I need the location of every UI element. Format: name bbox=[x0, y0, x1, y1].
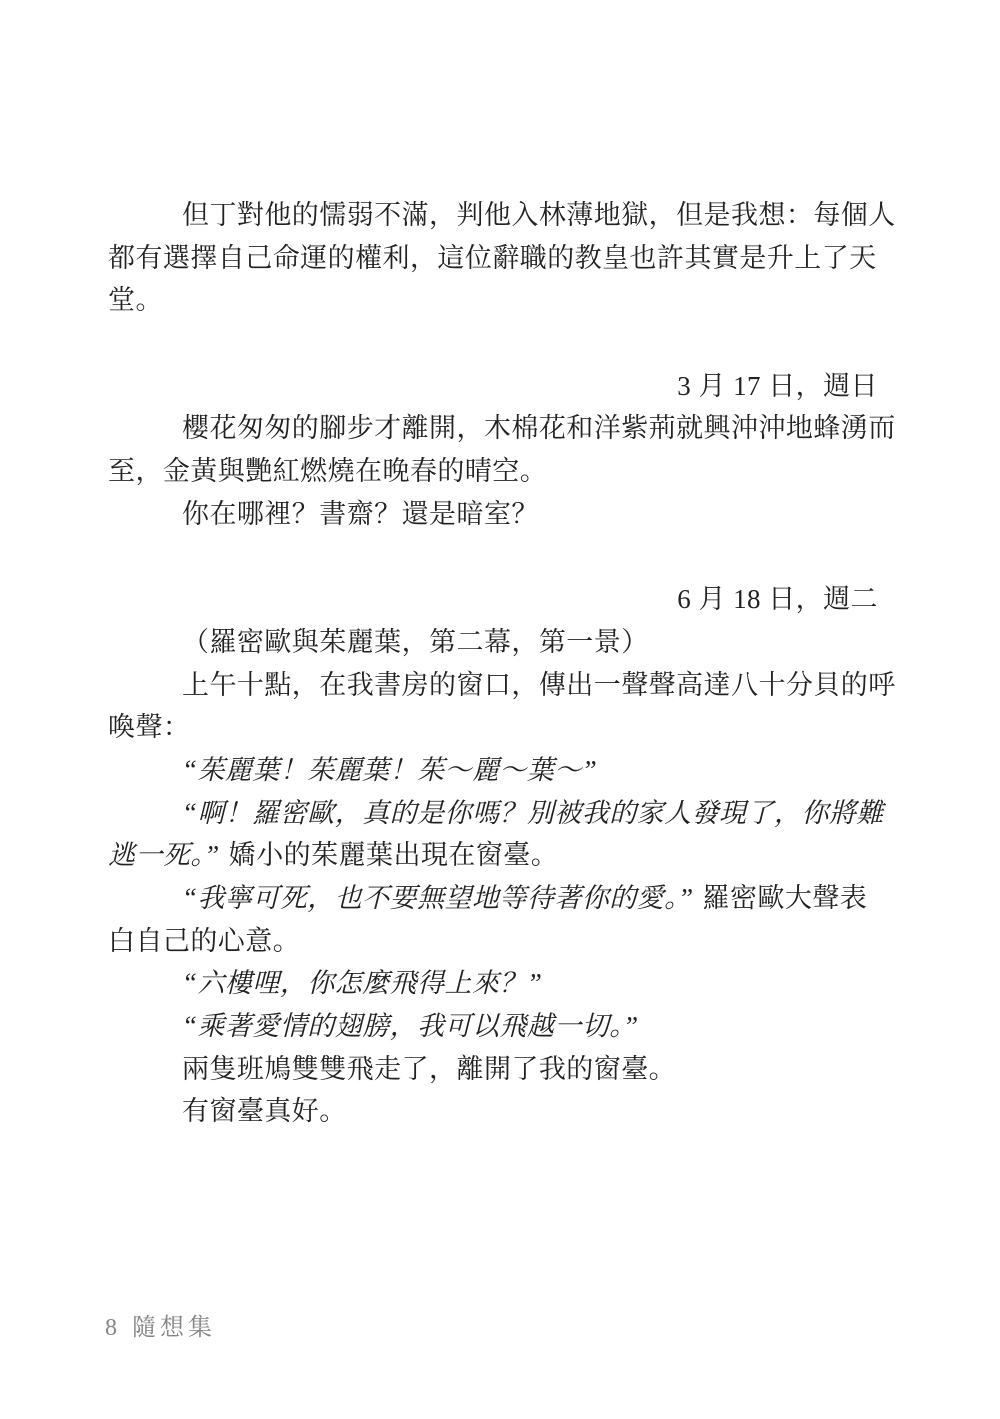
paragraph-line: 櫻花匆匆的腳步才離開，木棉花和洋紫荊就興沖沖地蜂湧而 bbox=[108, 407, 878, 450]
paragraph-line: 有窗臺真好。 bbox=[108, 1090, 878, 1133]
dialogue-line: “茱麗葉！茱麗葉！茱～麗～葉～” bbox=[108, 749, 878, 792]
paragraph-line: 喚聲： bbox=[108, 706, 878, 749]
paragraph-line: （羅密歐與茱麗葉，第二幕，第一景） bbox=[108, 621, 878, 664]
paragraph-line: 至，金黃與艷紅燃燒在晚春的晴空。 bbox=[108, 450, 878, 493]
page-footer: 8隨想集 bbox=[105, 1312, 216, 1344]
section-gap bbox=[108, 322, 878, 365]
narration-text: 羅密歐大聲表 bbox=[703, 883, 868, 913]
dialogue-quote-text: 逃一死。” bbox=[108, 840, 220, 870]
paragraph-line: 都有選擇自己命運的權利，這位辭職的教皇也許其實是升上了天 bbox=[108, 237, 878, 280]
dialogue-quote-text: “我寧可死，也不要無望地等待著你的愛。” bbox=[182, 883, 694, 913]
page-number: 8 bbox=[105, 1315, 117, 1341]
paragraph-line: 你在哪裡？書齋？還是暗室？ bbox=[108, 493, 878, 536]
dialogue-line: “我寧可死，也不要無望地等待著你的愛。”羅密歐大聲表 bbox=[108, 877, 878, 920]
section-gap bbox=[108, 536, 878, 579]
paragraph-line: 上午十點，在我書房的窗口，傳出一聲聲高達八十分貝的呼 bbox=[108, 664, 878, 707]
narration-text: 嬌小的茱麗葉出現在窗臺。 bbox=[229, 840, 558, 870]
paragraph-line: 白自己的心意。 bbox=[108, 920, 878, 963]
paragraph-line: 堂。 bbox=[108, 279, 878, 322]
dialogue-line: “啊！羅密歐，真的是你嗎？別被我的家人發現了，你將難 bbox=[108, 792, 878, 835]
date-heading: 6 月 18 日，週二 bbox=[108, 578, 878, 621]
page-body-text: 但丁對他的懦弱不滿，判他入林薄地獄，但是我想：每個人 都有選擇自己命運的權利，這… bbox=[108, 194, 878, 1133]
paragraph-line: 兩隻班鳩雙雙飛走了，離開了我的窗臺。 bbox=[108, 1048, 878, 1091]
paragraph-line: 但丁對他的懦弱不滿，判他入林薄地獄，但是我想：每個人 bbox=[108, 194, 878, 237]
book-page: 但丁對他的懦弱不滿，判他入林薄地獄，但是我想：每個人 都有選擇自己命運的權利，這… bbox=[0, 0, 1000, 1419]
dialogue-line: “六樓哩，你怎麼飛得上來？” bbox=[108, 962, 878, 1005]
dialogue-line: “乘著愛情的翅膀，我可以飛越一切。” bbox=[108, 1005, 878, 1048]
book-title: 隨想集 bbox=[132, 1315, 216, 1341]
date-heading: 3 月 17 日，週日 bbox=[108, 365, 878, 408]
dialogue-line: 逃一死。”嬌小的茱麗葉出現在窗臺。 bbox=[108, 834, 878, 877]
